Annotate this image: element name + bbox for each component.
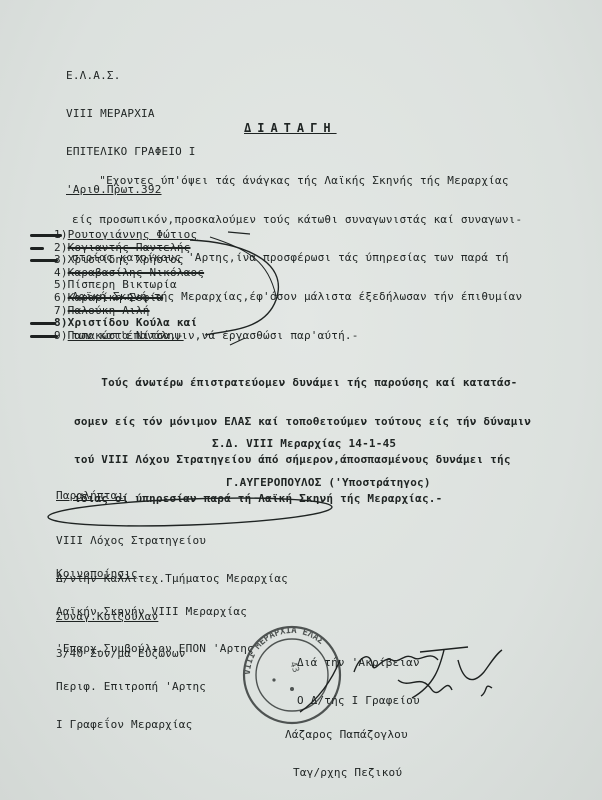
list-pointer-line — [210, 237, 276, 296]
svg-text:VIII ΜΕΡΑΡΧΙΑ ΕΛΑΣ: VIII ΜΕΡΑΡΧΙΑ ΕΛΑΣ — [243, 626, 326, 675]
handwritten-markings: VIII ΜΕΡΑΡΧΙΑ ΕΛΑΣ 43 — [0, 0, 602, 800]
document-page: Ε.Λ.Α.Σ. VIII ΜΕΡΑΡΧΙΑ ΕΠΙΤΕΛΙΚΟ ΓΡΑΦΕΙΟ… — [0, 0, 602, 800]
list-bracket-mark — [190, 240, 278, 335]
official-stamp: VIII ΜΕΡΑΡΧΙΑ ΕΛΑΣ 43 — [243, 626, 340, 723]
svg-text:43: 43 — [287, 661, 300, 675]
recipient-circle-mark — [48, 494, 333, 530]
